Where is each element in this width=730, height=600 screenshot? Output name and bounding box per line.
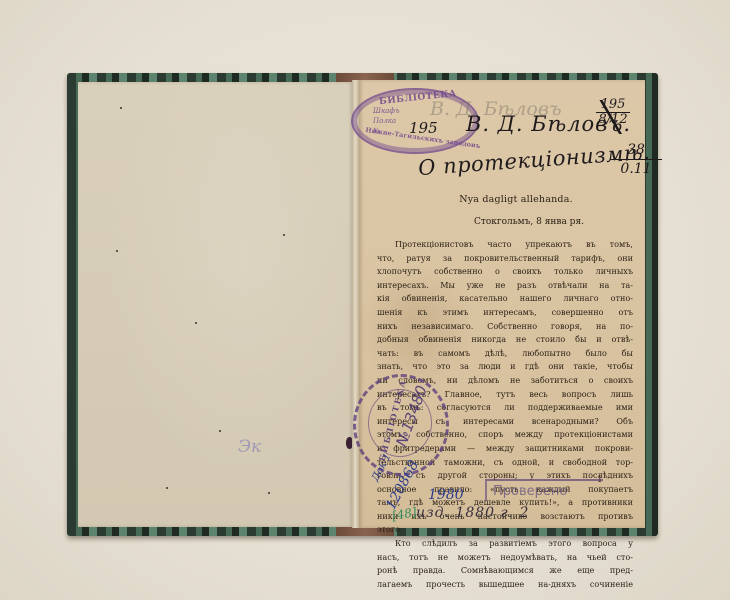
foxing-speck (166, 487, 168, 489)
text-line: нихъ независимаго. Собственно говоря, на… (377, 320, 633, 334)
text-line: насъ, тотъ не можетъ недоумѣвать, на чье… (377, 551, 633, 565)
text-line: кія обвиненія, касательно нашего личнаго… (377, 292, 633, 306)
stamp-field-row: Полка (373, 117, 396, 125)
foxing-speck (283, 234, 285, 236)
handwritten-year: 1980 (428, 487, 464, 503)
text-line: что, ратуя за покровительственный тарифъ… (377, 252, 633, 266)
text-line: хлопочутъ собственно о своихъ только лич… (377, 265, 633, 279)
text-line: шенія къ этимъ интересамъ, совершенно от… (377, 306, 633, 320)
text-line: ронѣ правда. Сомнѣвающимся же еще пред- (377, 564, 633, 578)
text-line: лагаемъ прочесть вышедшее на-дняхъ сочин… (377, 578, 633, 592)
foxing-speck (120, 107, 122, 109)
handwritten-code: 38 0.11 (610, 142, 662, 177)
text-line: чать: въ самомъ дѣлѣ, любопытно было бы (377, 347, 633, 361)
text-line: знать, что это за люди и гдѣ они такіе, … (377, 360, 633, 374)
foxing-speck (219, 430, 221, 432)
text-line: Протекціонистовъ часто упрекаютъ въ томъ… (377, 238, 633, 252)
handwritten-edition: изд. 1880 г. 2 (416, 505, 529, 521)
strikethrough-mark (596, 100, 626, 134)
text-line: интересахъ. Мы уже не разъ отвѣчали на т… (377, 279, 633, 293)
foxing-speck (195, 322, 197, 324)
text-line: этого. (377, 523, 633, 537)
stamp-field-shelf: Шкафъ (373, 107, 400, 115)
foxing-speck (268, 492, 270, 494)
pencil-mark: Эк (238, 437, 261, 457)
handwritten-shelf-number: 195 (409, 119, 438, 137)
checked-stamp: Проверено (485, 479, 603, 501)
print-dateline: Стокгольмъ, 8 янва ря. (429, 217, 629, 227)
archival-scan: Эк Nya dagligt allehanda. Стокгольмъ, 8 … (0, 0, 730, 600)
print-heading: Nya dagligt allehanda. (431, 194, 601, 205)
foxing-speck (116, 250, 118, 252)
left-endpaper: Эк (78, 82, 353, 527)
round-inventory-stamp: БИБЛІОТЕКА №13480 (353, 374, 449, 476)
code-bar (610, 159, 662, 160)
code-bottom: 0.11 (620, 161, 651, 177)
text-line: Кто слѣдилъ за развитіемъ этого вопроса … (377, 537, 633, 551)
text-line: добныя обвиненія никогда не стоило бы и … (377, 333, 633, 347)
code-top: 38 (627, 142, 645, 158)
